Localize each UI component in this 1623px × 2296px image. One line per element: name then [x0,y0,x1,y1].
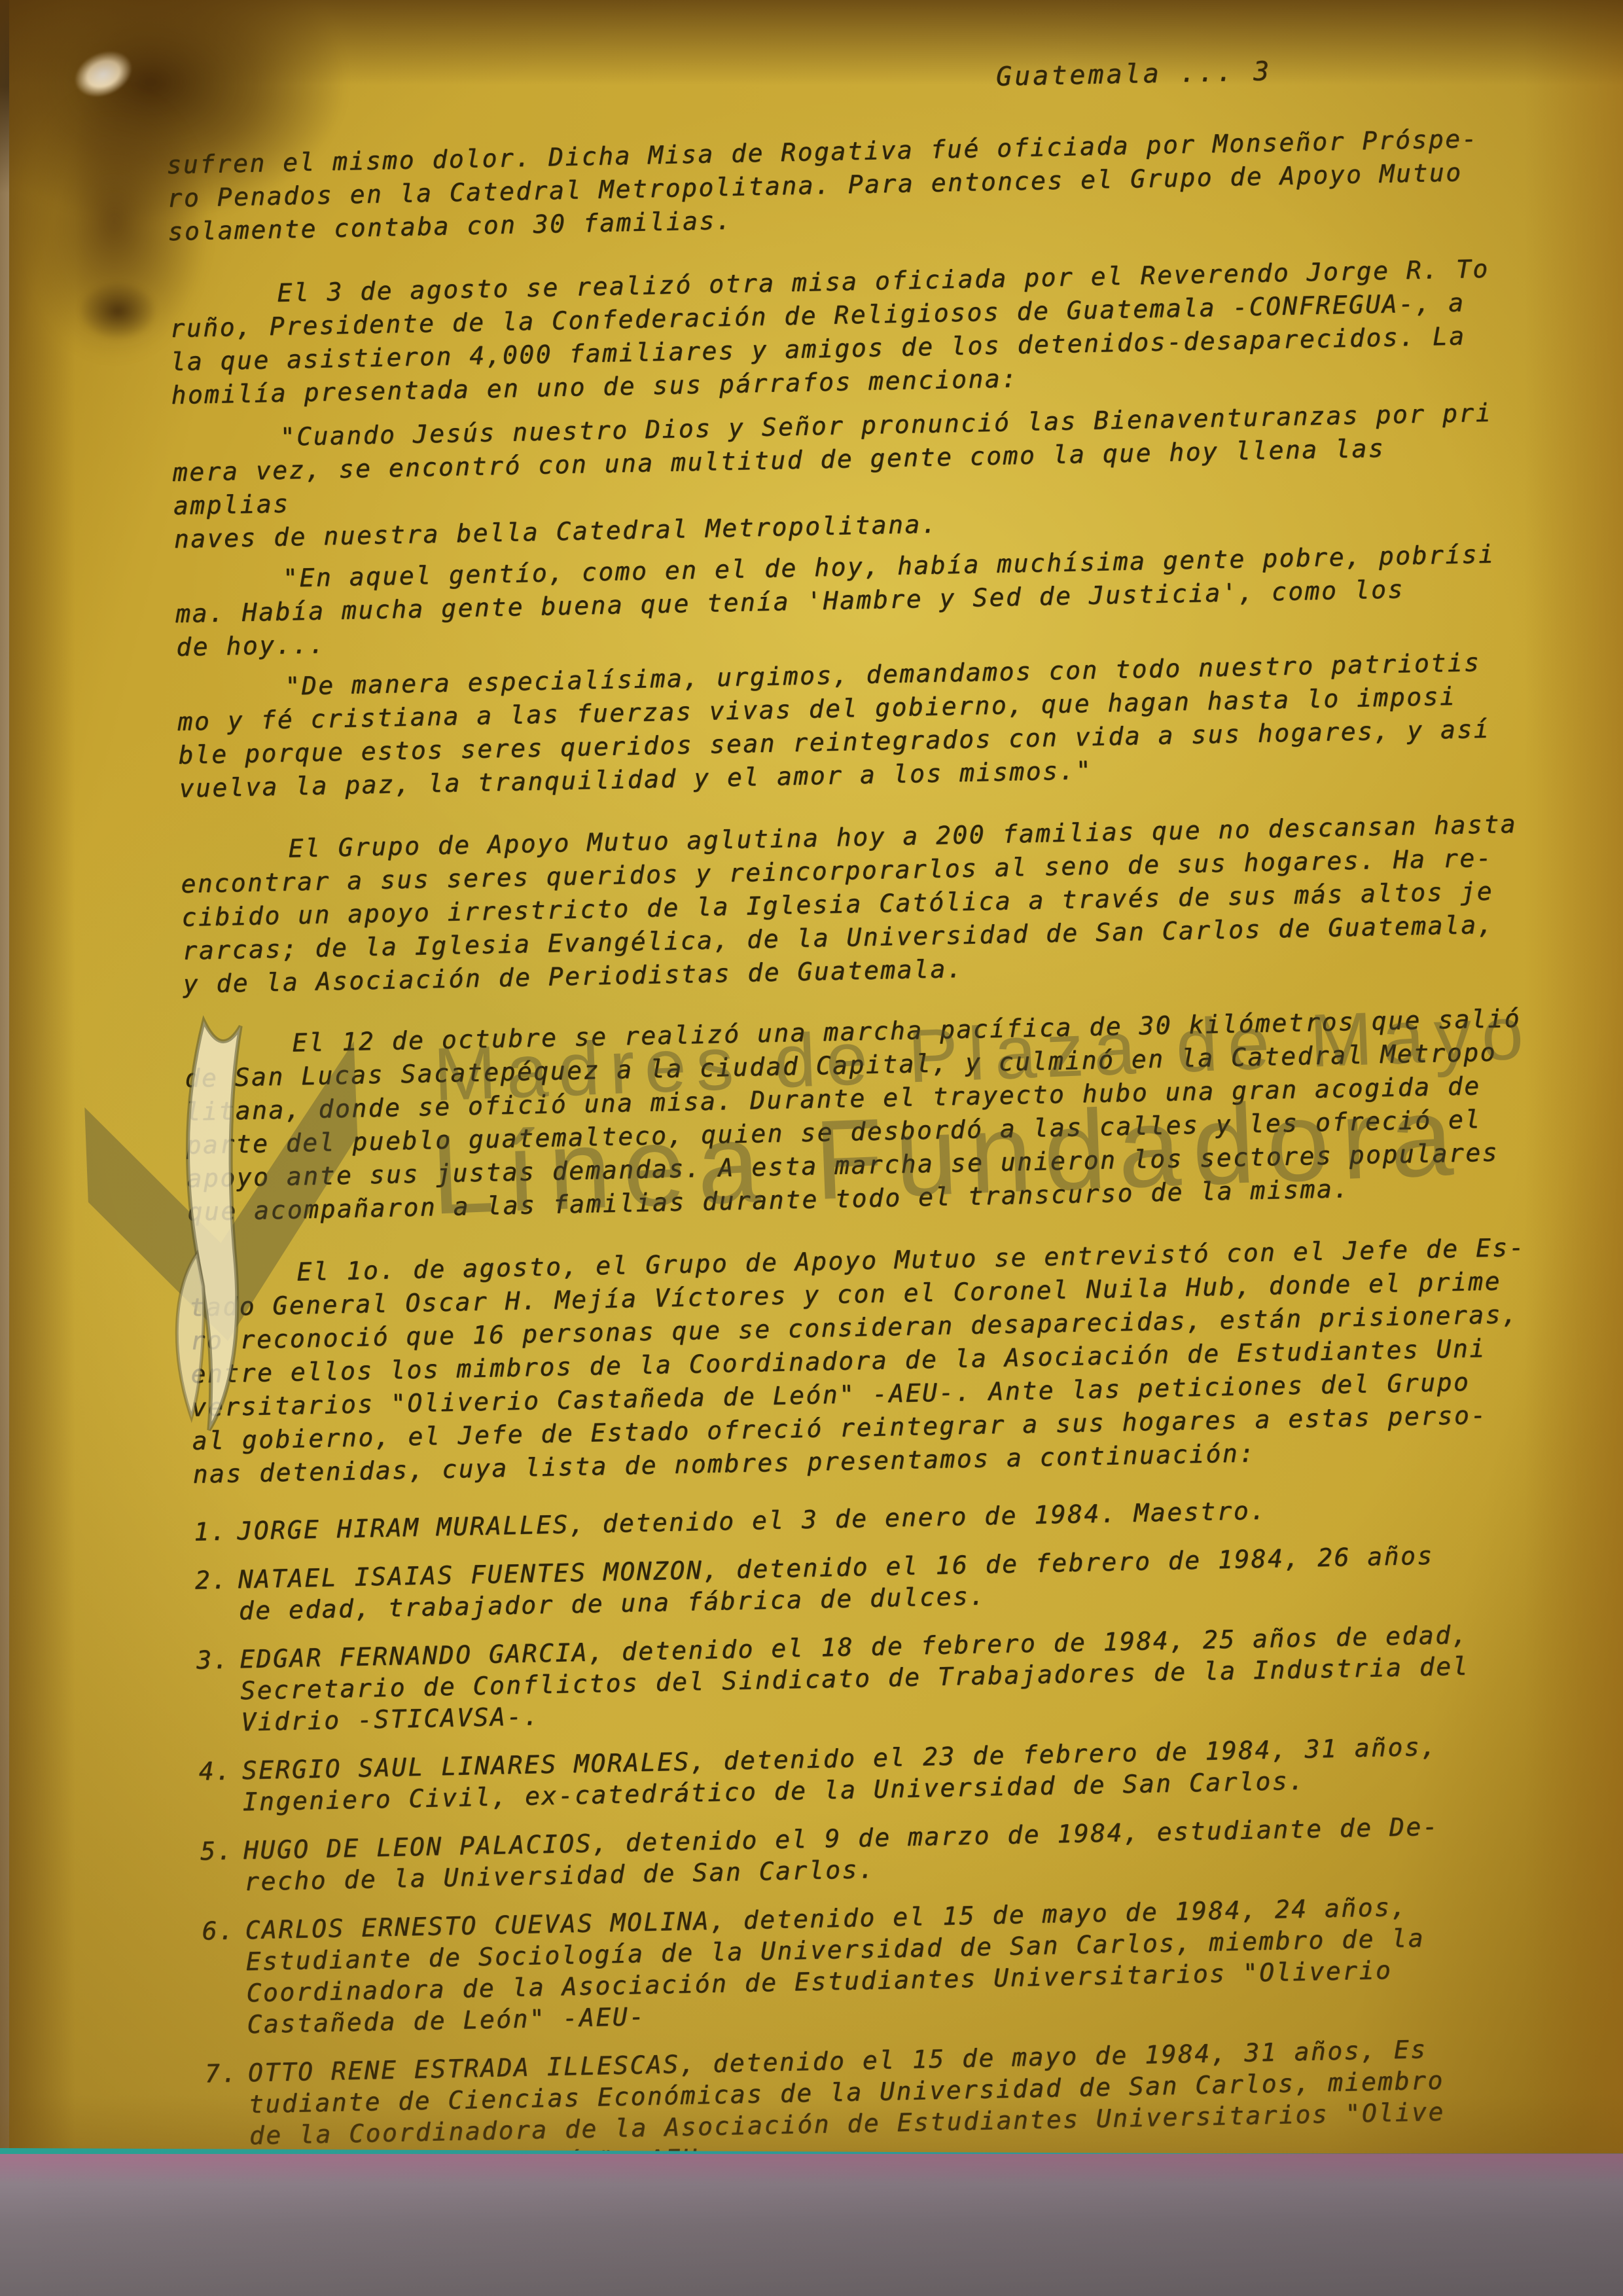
page-header: Guatemala ... 3 [995,50,1510,94]
list-item-text: SERGIO SAUL LINARES MORALES, detenido el… [241,1729,1544,1818]
paragraph: El Grupo de Apoyo Mutuo aglutina hoy a 2… [180,808,1528,1001]
paragraph: El 1o. de agosto, el Grupo de Apoyo Mutu… [188,1230,1538,1491]
quote-paragraph: "En aquel gentío, como en el de hoy, hab… [175,537,1522,664]
list-item: 1. JORGE HIRAM MURALLES, detenido el 3 d… [194,1489,1539,1547]
scanner-background [0,2154,1623,2296]
quote-paragraph: "Cuando Jesús nuestro Dios y Señor pronu… [171,396,1519,556]
list-item-text: JORGE HIRAM MURALLES, detenido el 3 de e… [237,1489,1539,1547]
quote-paragraph: "De manera especialísima, urgimos, deman… [177,645,1524,806]
paragraph: El 12 de octubre se realizó una marcha p… [184,1001,1533,1229]
list-item: 7. OTTO RENE ESTRADA ILLESCAS, detenido … [205,2031,1552,2153]
list-item-number: 6. [202,1914,247,2041]
list-item: 2. NATAEL ISAIAS FUENTES MONZON, detenid… [194,1537,1541,1627]
list-item: 4. SERGIO SAUL LINARES MORALES, detenido… [198,1729,1544,1818]
list-item-text: OTTO RENE ESTRADA ILLESCAS, detenido el … [247,2031,1551,2153]
list-item-text: HUGO DE LEON PALACIOS, detenido el 9 de … [243,1808,1546,1897]
list-item: 6. CARLOS ERNESTO CUEVAS MOLINA, detenid… [202,1888,1548,2041]
list-item-number: 5. [200,1835,245,1898]
list-item-number: 1. [194,1515,238,1547]
list-item-text: EDGAR FERNANDO GARCIA, detenido el 18 de… [240,1617,1543,1738]
typewritten-text-block: Guatemala ... 3 sufren el mismo dolor. D… [0,0,1623,2153]
scanned-document: Guatemala ... 3 sufren el mismo dolor. D… [0,0,1623,2296]
list-item-text: NATAEL ISAIAS FUENTES MONZON, detenido e… [238,1537,1541,1626]
list-item: 3. EDGAR FERNANDO GARCIA, detenido el 18… [196,1617,1543,1738]
list-item-number: 4. [198,1755,243,1818]
list-item-text: CARLOS ERNESTO CUEVAS MOLINA, detenido e… [245,1888,1548,2040]
list-item: 5. HUGO DE LEON PALACIOS, detenido el 9 … [200,1808,1546,1898]
detainees-list: 1. JORGE HIRAM MURALLES, detenido el 3 d… [194,1489,1552,2153]
list-item-number: 3. [196,1643,241,1738]
list-item-number: 7. [205,2057,251,2153]
paragraph: sufren el mismo dolor. Dicha Misa de Rog… [166,122,1513,249]
paragraph: El 3 de agosto se realizó otra misa ofic… [169,252,1516,412]
list-item-number: 2. [194,1564,239,1627]
paper-page: Guatemala ... 3 sufren el mismo dolor. D… [0,0,1623,2153]
